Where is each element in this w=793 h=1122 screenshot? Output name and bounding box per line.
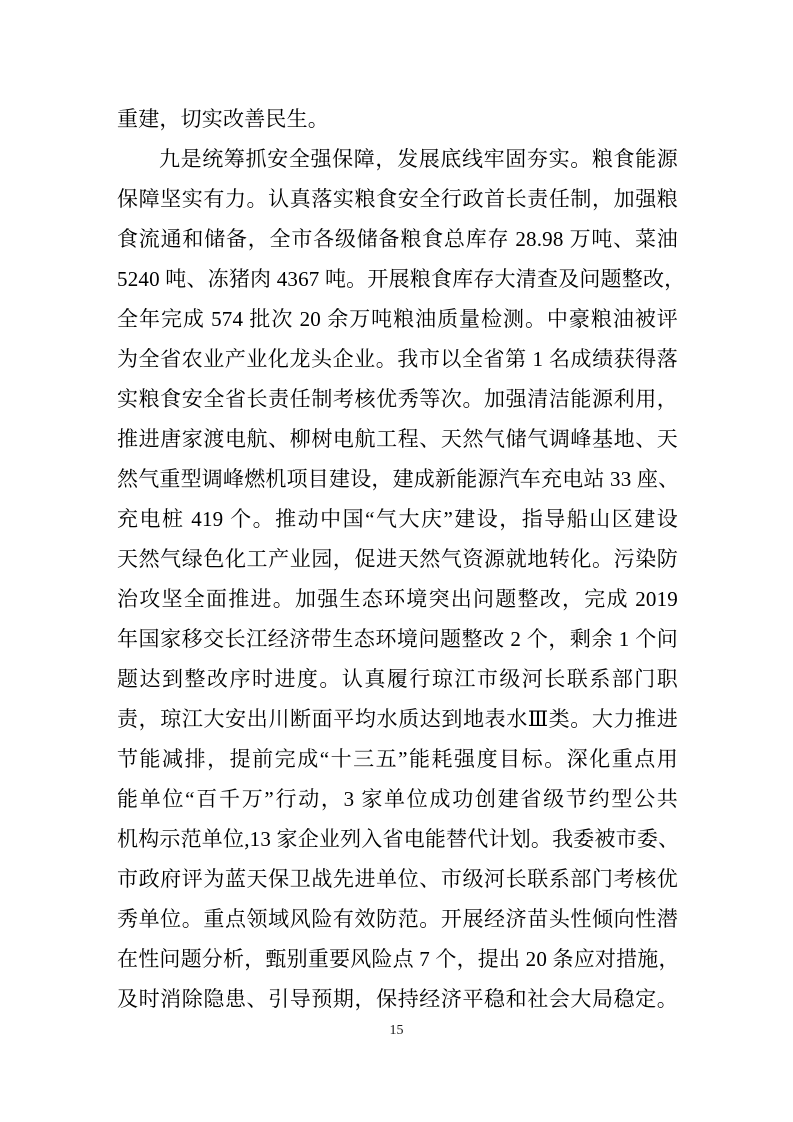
text-line: 能单位“百千万”行动，3 家单位成功创建省级节约型公共: [117, 779, 678, 819]
text-line: 市政府评为蓝天保卫战先进单位、市级河长联系部门考核优: [117, 859, 678, 899]
text-line: 保障坚实有力。认真落实粮食安全行政首长责任制，加强粮: [117, 179, 678, 219]
text-line: 全年完成 574 批次 20 余万吨粮油质量检测。中豪粮油被评: [117, 299, 678, 339]
text-line: 5240 吨、冻猪肉 4367 吨。开展粮食库存大清查及问题整改，: [117, 259, 678, 299]
text-line: 秀单位。重点领域风险有效防范。开展经济苗头性倾向性潜: [117, 899, 678, 939]
text-line: 在性问题分析，甄别重要风险点 7 个，提出 20 条应对措施，: [117, 939, 678, 979]
text-line: 然气重型调峰燃机项目建设，建成新能源汽车充电站 33 座、: [117, 459, 678, 499]
text-line: 天然气绿色化工产业园，促进天然气资源就地转化。污染防: [117, 539, 678, 579]
page-number: 15: [0, 1021, 793, 1041]
text-line: 治攻坚全面推进。加强生态环境突出问题整改，完成 2019: [117, 579, 678, 619]
text-line: 节能减排，提前完成“十三五”能耗强度目标。深化重点用: [117, 739, 678, 779]
text-line: 九是统筹抓安全强保障，发展底线牢固夯实。粮食能源: [117, 139, 678, 179]
body-text: 重建，切实改善民生。 九是统筹抓安全强保障，发展底线牢固夯实。粮食能源 保障坚实…: [117, 99, 678, 1019]
text-line: 实粮食安全省长责任制考核优秀等次。加强清洁能源利用，: [117, 379, 678, 419]
text-line: 责，琼江大安出川断面平均水质达到地表水Ⅲ类。大力推进: [117, 699, 678, 739]
text-line: 机构示范单位,13 家企业列入省电能替代计划。我委被市委、: [117, 819, 678, 859]
text-line: 为全省农业产业化龙头企业。我市以全省第 1 名成绩获得落: [117, 339, 678, 379]
document-page: 重建，切实改善民生。 九是统筹抓安全强保障，发展底线牢固夯实。粮食能源 保障坚实…: [0, 0, 793, 1122]
text-line: 食流通和储备，全市各级储备粮食总库存 28.98 万吨、菜油: [117, 219, 678, 259]
text-line: 题达到整改序时进度。认真履行琼江市级河长联系部门职: [117, 659, 678, 699]
text-line: 充电桩 419 个。推动中国“气大庆”建设，指导船山区建设: [117, 499, 678, 539]
text-line: 年国家移交长江经济带生态环境问题整改 2 个，剩余 1 个问: [117, 619, 678, 659]
text-line: 推进唐家渡电航、柳树电航工程、天然气储气调峰基地、天: [117, 419, 678, 459]
text-line: 及时消除隐患、引导预期，保持经济平稳和社会大局稳定。: [117, 979, 678, 1019]
text-line: 重建，切实改善民生。: [117, 99, 678, 139]
